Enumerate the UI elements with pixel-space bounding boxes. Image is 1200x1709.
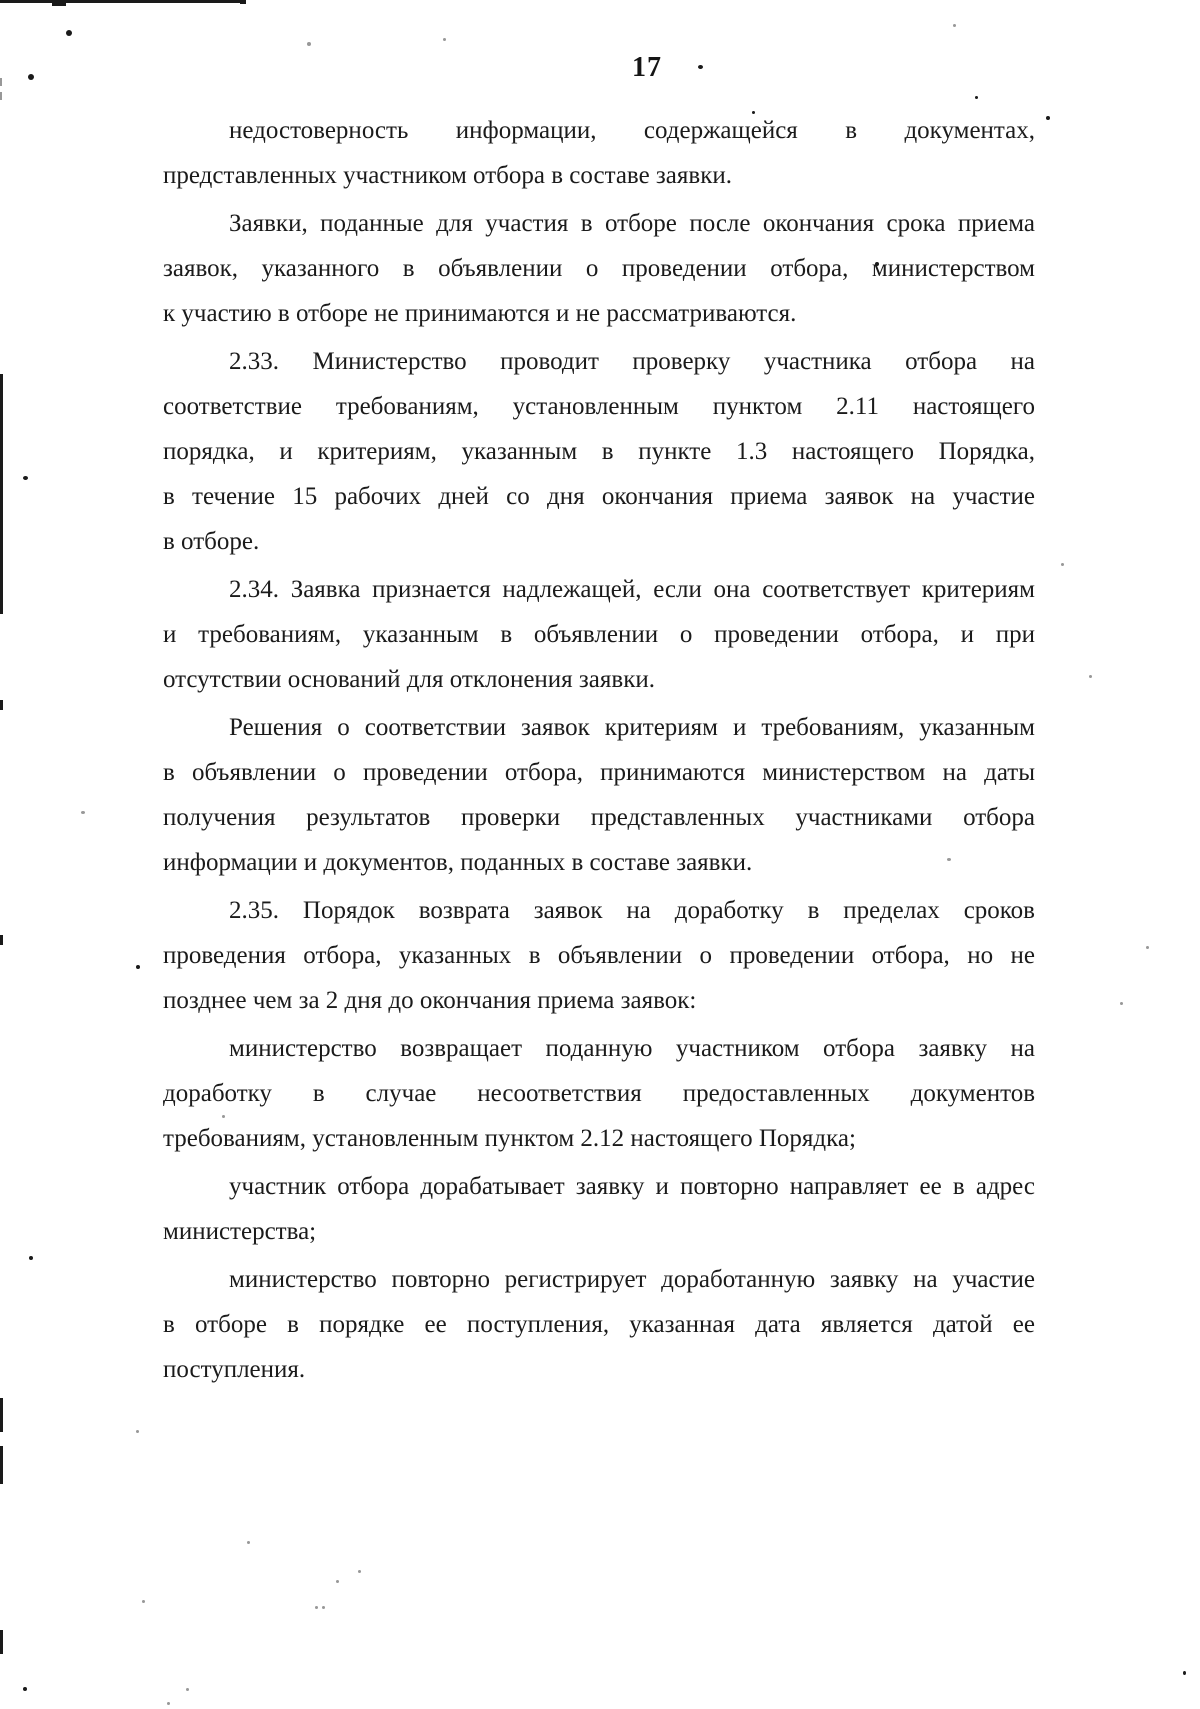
text-line: доработку в случае несоответствия предос… xyxy=(163,1071,1035,1116)
text-line: в отборе в порядке ее поступления, указа… xyxy=(163,1302,1035,1347)
text-line: Заявки, поданные для участия в отборе по… xyxy=(163,201,1035,246)
text-line: отсутствии оснований для отклонения заяв… xyxy=(163,657,1035,702)
scan-speck xyxy=(23,476,28,480)
text-line: представленных участником отбора в соста… xyxy=(163,153,1035,198)
text-line: поступления. xyxy=(163,1347,1035,1392)
scan-speck xyxy=(336,1580,339,1583)
scan-speck xyxy=(142,1600,145,1603)
text-line: порядка, и критериям, указанным в пункте… xyxy=(163,429,1035,474)
scan-speck xyxy=(29,1256,33,1260)
scan-speck xyxy=(752,111,755,114)
text-line: 2.34. Заявка признается надлежащей, если… xyxy=(163,567,1035,612)
scan-speck xyxy=(875,262,879,266)
scan-speck xyxy=(1061,563,1064,566)
scan-speck xyxy=(1120,1002,1123,1005)
paragraph: министерство возвращает поданную участни… xyxy=(163,1026,1035,1161)
scan-speck xyxy=(1046,116,1050,120)
text-line: требованиям, установленным пунктом 2.12 … xyxy=(163,1116,1035,1161)
text-line: в отборе. xyxy=(163,519,1035,564)
text-line: в объявлении о проведении отбора, приним… xyxy=(163,750,1035,795)
scan-edge-line xyxy=(0,1446,3,1484)
scan-speck xyxy=(167,1702,170,1705)
scan-edge-line xyxy=(0,1398,3,1432)
scan-edge-line xyxy=(0,0,243,3)
paragraph: 2.35. Порядок возврата заявок на доработ… xyxy=(163,888,1035,1023)
scan-speck xyxy=(1146,946,1149,949)
scan-edge-line xyxy=(0,1630,3,1654)
text-line: к участию в отборе не принимаются и не р… xyxy=(163,291,1035,336)
scan-speck xyxy=(307,42,311,46)
page-number: 17 xyxy=(632,52,662,84)
text-line: министерства; xyxy=(163,1209,1035,1254)
paragraph: министерство повторно регистрирует дораб… xyxy=(163,1257,1035,1392)
scan-speck xyxy=(222,1115,225,1118)
paragraph: участник отбора дорабатывает заявку и по… xyxy=(163,1164,1035,1254)
text-line: позднее чем за 2 дня до окончания приема… xyxy=(163,978,1035,1023)
text-line: получения результатов проверки представл… xyxy=(163,795,1035,840)
text-line: проведения отбора, указанных в объявлени… xyxy=(163,933,1035,978)
scan-speck xyxy=(23,1687,27,1691)
document-body: недостоверность информации, содержащейся… xyxy=(163,108,1035,1392)
scan-speck xyxy=(1089,675,1092,678)
paragraph: 2.33. Министерство проводит проверку уча… xyxy=(163,339,1035,564)
text-line: 2.35. Порядок возврата заявок на доработ… xyxy=(163,888,1035,933)
scan-speck xyxy=(698,65,703,69)
text-line: заявок, указанного в объявлении о провед… xyxy=(163,246,1035,291)
scan-speck xyxy=(779,641,782,644)
scan-speck xyxy=(953,24,956,27)
text-line: министерство повторно регистрирует дораб… xyxy=(163,1257,1035,1302)
scan-edge-line xyxy=(0,92,2,100)
text-line: участник отбора дорабатывает заявку и по… xyxy=(163,1164,1035,1209)
document-page: 17 недостоверность информации, содержаще… xyxy=(0,0,1200,1709)
text-line: в течение 15 рабочих дней со дня окончан… xyxy=(163,474,1035,519)
text-line: Решения о соответствии заявок критериям … xyxy=(163,705,1035,750)
text-line: и требованиям, указанным в объявлении о … xyxy=(163,612,1035,657)
scan-edge-line xyxy=(52,0,66,6)
scan-edge-line xyxy=(240,0,246,4)
scan-speck xyxy=(1183,1671,1186,1675)
scan-speck xyxy=(247,1541,250,1544)
scan-speck xyxy=(443,38,446,41)
scan-speck xyxy=(358,1570,361,1573)
scan-speck xyxy=(136,1430,139,1433)
text-line: соответствие требованиям, установленным … xyxy=(163,384,1035,429)
scan-edge-line xyxy=(0,935,3,945)
text-line: министерство возвращает поданную участни… xyxy=(163,1026,1035,1071)
paragraph: Решения о соответствии заявок критериям … xyxy=(163,705,1035,885)
paragraph: 2.34. Заявка признается надлежащей, если… xyxy=(163,567,1035,702)
scan-edge-line xyxy=(0,78,2,86)
scan-speck xyxy=(947,858,951,861)
scan-speck xyxy=(315,1606,318,1609)
scan-speck xyxy=(186,1688,189,1691)
scan-edge-line xyxy=(0,700,3,710)
paragraph: недостоверность информации, содержащейся… xyxy=(163,108,1035,198)
text-line: информации и документов, поданных в сост… xyxy=(163,840,1035,885)
scan-speck xyxy=(136,965,140,969)
scan-speck xyxy=(322,1606,325,1609)
scan-speck xyxy=(81,811,85,814)
paragraph: Заявки, поданные для участия в отборе по… xyxy=(163,201,1035,336)
text-line: недостоверность информации, содержащейся… xyxy=(163,108,1035,153)
scan-edge-line xyxy=(0,374,3,614)
text-line: 2.33. Министерство проводит проверку уча… xyxy=(163,339,1035,384)
scan-speck xyxy=(28,74,34,80)
scan-speck xyxy=(66,30,72,36)
scan-speck xyxy=(975,96,978,99)
